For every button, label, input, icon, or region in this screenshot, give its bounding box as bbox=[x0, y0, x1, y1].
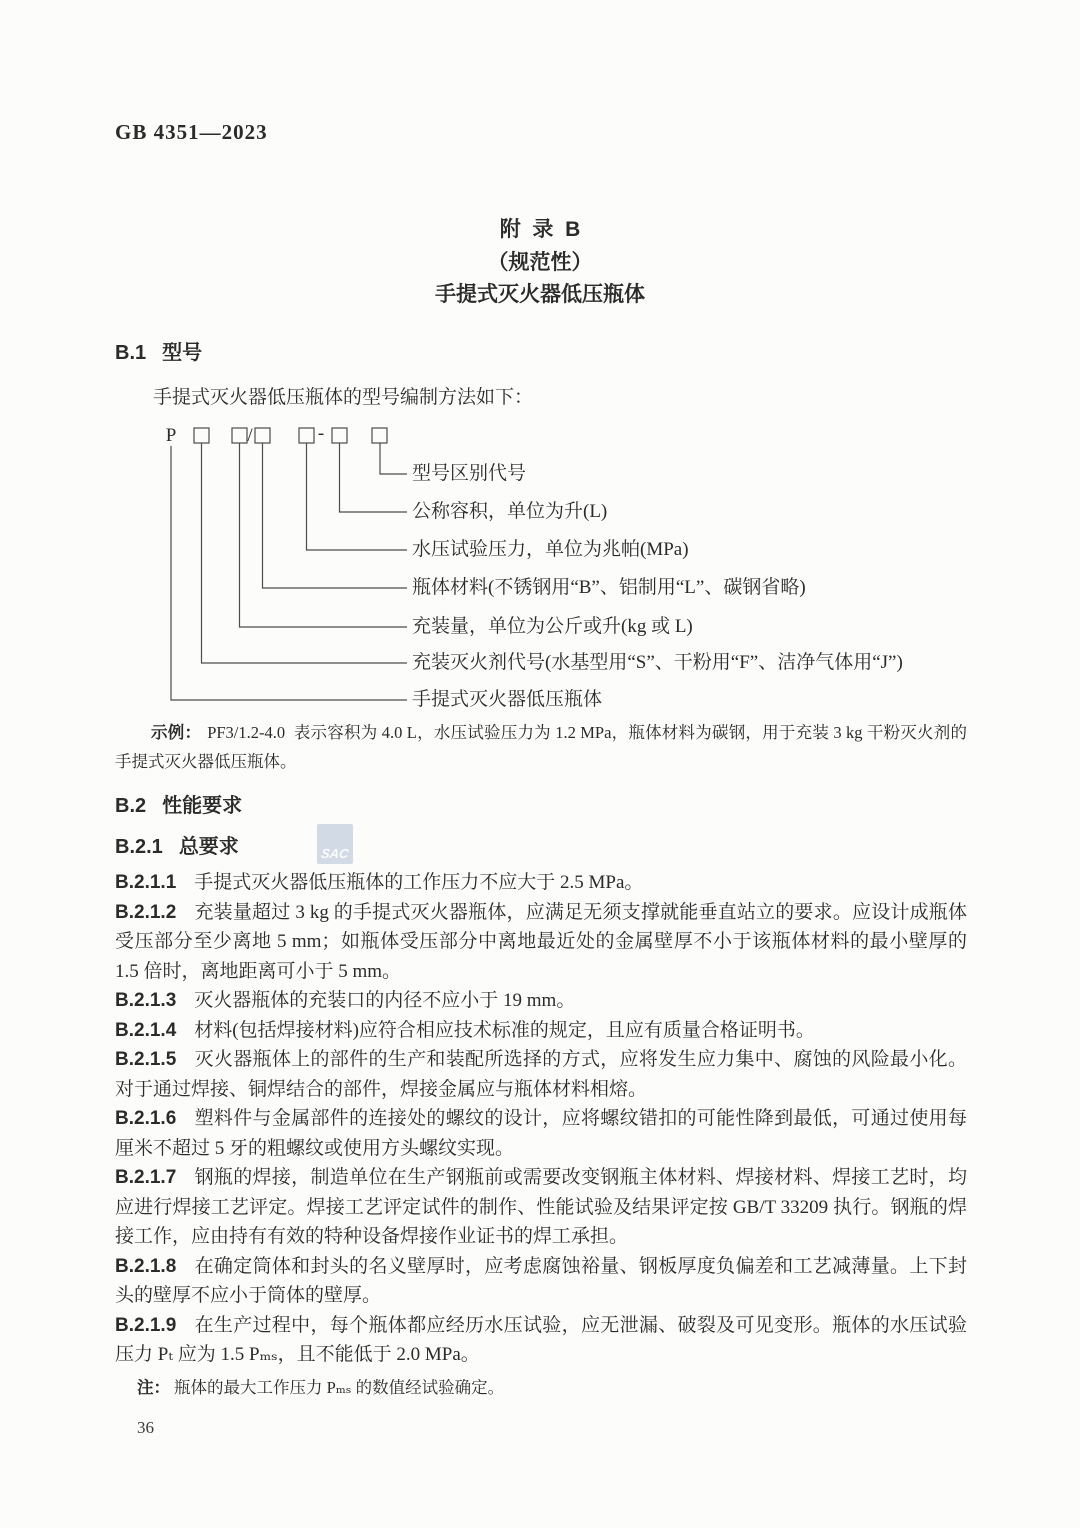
diagram-label-fill-amount: 充装量，单位为公斤或升(kg 或 L) bbox=[412, 614, 693, 640]
connector-test-pressure bbox=[307, 443, 408, 550]
appendix-normative-tag: （规范性） bbox=[0, 247, 1080, 280]
clause-b2-1-9: B.2.1.9在生产过程中，每个瓶体都应经历水压试验，应无泄漏、破裂及可见变形。… bbox=[115, 1311, 967, 1370]
designation-box-material bbox=[255, 428, 270, 443]
standard-code: GB 4351—2023 bbox=[115, 120, 268, 145]
page-number: 36 bbox=[137, 1418, 967, 1438]
clause-b2-1-5: B.2.1.5灭火器瓶体上的部件的生产和装配所选择的方式，应将发生应力集中、腐蚀… bbox=[115, 1045, 967, 1104]
connector-variant-code bbox=[380, 443, 407, 474]
clause-b2-1-8: B.2.1.8在确定筒体和封头的名义壁厚时，应考虑腐蚀裕量、钢板厚度负偏差和工艺… bbox=[115, 1252, 967, 1311]
section-b2-number: B.2 bbox=[115, 795, 146, 817]
clause-b2-1-6: B.2.1.6塑料件与金属部件的连接处的螺纹的设计，应将螺纹错扣的可能性降到最低… bbox=[115, 1104, 967, 1163]
designation-dash: - bbox=[318, 423, 324, 444]
clause-text: 手提式灭火器低压瓶体的工作压力不应大于 2.5 MPa。 bbox=[194, 872, 643, 893]
designation-box-variant-code bbox=[372, 428, 387, 443]
clause-text: 在确定筒体和封头的名义壁厚时，应考虑腐蚀裕量、钢板厚度负偏差和工艺减薄量。上下封… bbox=[115, 1256, 967, 1307]
diagram-label-test-pressure: 水压试验压力，单位为兆帕(MPa) bbox=[412, 537, 689, 563]
diagram-label-agent-code: 充装灭火剂代号(水基型用“S”、干粉用“F”、洁净气体用“J”) bbox=[412, 650, 903, 676]
sac-watermark: SAC bbox=[317, 824, 353, 864]
section-b1-heading: B.1型号 bbox=[115, 336, 202, 365]
note-paragraph: 注：瓶体的最大工作压力 Pₘₛ 的数值经试验确定。 bbox=[115, 1374, 967, 1402]
clause-text: 充装量超过 3 kg 的手提式灭火器瓶体，应满足无须支撑就能垂直站立的要求。应设… bbox=[115, 902, 967, 982]
connector-material bbox=[263, 443, 408, 588]
example-text: PF3/1.2-4.0 表示容积为 4.0 L，水压试验压力为 1.2 MPa，… bbox=[115, 723, 967, 771]
clause-number: B.2.1.3 bbox=[115, 990, 176, 1011]
diagram-label-material: 瓶体材料(不锈钢用“B”、铝制用“L”、碳钢省略) bbox=[412, 575, 806, 601]
example-paragraph: 示例：PF3/1.2-4.0 表示容积为 4.0 L，水压试验压力为 1.2 M… bbox=[115, 719, 967, 775]
clause-text: 灭火器瓶体上的部件的生产和装配所选择的方式，应将发生应力集中、腐蚀的风险最小化。… bbox=[115, 1049, 967, 1100]
section-b1-number: B.1 bbox=[115, 342, 146, 364]
clause-b2-1-3: B.2.1.3灭火器瓶体的充装口的内径不应小于 19 mm。 bbox=[115, 986, 967, 1016]
connector-volume bbox=[340, 443, 408, 512]
model-intro-text: 手提式灭火器低压瓶体的型号编制方法如下： bbox=[153, 382, 533, 409]
section-b1-title: 型号 bbox=[162, 342, 202, 364]
clause-text: 材料(包括焊接材料)应符合相应技术标准的规定，且应有质量合格证明书。 bbox=[194, 1020, 815, 1041]
connector-agent-code bbox=[202, 443, 408, 663]
clause-b2-1-1: B.2.1.1手提式灭火器低压瓶体的工作压力不应大于 2.5 MPa。 bbox=[115, 868, 967, 898]
section-b21-heading: B.2.1总要求 bbox=[115, 830, 239, 859]
appendix-name: 手提式灭火器低压瓶体 bbox=[0, 279, 1080, 312]
designation-slash: / bbox=[247, 425, 253, 446]
clause-number: B.2.1.8 bbox=[115, 1256, 176, 1277]
connector-cylinder bbox=[171, 446, 407, 700]
diagram-label-variant-code: 型号区别代号 bbox=[412, 461, 526, 487]
clause-number: B.2.1.4 bbox=[115, 1020, 176, 1041]
clause-text: 塑料件与金属部件的连接处的螺纹的设计，应将螺纹错扣的可能性降到最低，可通过使用每… bbox=[115, 1108, 967, 1159]
designation-box-fill-amount bbox=[232, 428, 247, 443]
clause-b2-1-2: B.2.1.2充装量超过 3 kg 的手提式灭火器瓶体，应满足无须支撑就能垂直站… bbox=[115, 898, 967, 987]
clause-number: B.2.1.6 bbox=[115, 1108, 176, 1129]
clauses-block: B.2.1.1手提式灭火器低压瓶体的工作压力不应大于 2.5 MPa。 B.2.… bbox=[115, 868, 967, 1438]
clause-number: B.2.1.1 bbox=[115, 872, 176, 893]
appendix-title: 附 录 B bbox=[0, 214, 1080, 247]
clause-number: B.2.1.5 bbox=[115, 1049, 176, 1070]
clause-text: 钢瓶的焊接，制造单位在生产钢瓶前或需要改变钢瓶主体材料、焊接材料、焊接工艺时，均… bbox=[115, 1167, 967, 1247]
note-label: 注： bbox=[137, 1379, 170, 1397]
clause-b2-1-4: B.2.1.4材料(包括焊接材料)应符合相应技术标准的规定，且应有质量合格证明书… bbox=[115, 1016, 967, 1046]
diagram-label-cylinder: 手提式灭火器低压瓶体 bbox=[412, 687, 602, 713]
diagram-label-volume: 公称容积，单位为升(L) bbox=[412, 499, 607, 525]
appendix-title-block: 附 录 B （规范性） 手提式灭火器低压瓶体 bbox=[0, 214, 1080, 312]
note-text: 瓶体的最大工作压力 Pₘₛ 的数值经试验确定。 bbox=[174, 1378, 504, 1397]
example-label: 示例： bbox=[151, 724, 201, 742]
clause-text: 在生产过程中，每个瓶体都应经历水压试验，应无泄漏、破裂及可见变形。瓶体的水压试验… bbox=[115, 1315, 967, 1366]
section-b21-title: 总要求 bbox=[179, 836, 239, 858]
designation-box-test-pressure bbox=[299, 428, 314, 443]
clause-number: B.2.1.9 bbox=[115, 1315, 176, 1336]
connector-fill-amount bbox=[240, 443, 408, 627]
clause-text: 灭火器瓶体的充装口的内径不应小于 19 mm。 bbox=[194, 990, 575, 1011]
section-b21-number: B.2.1 bbox=[115, 836, 163, 858]
clause-number: B.2.1.7 bbox=[115, 1167, 176, 1188]
clause-number: B.2.1.2 bbox=[115, 902, 176, 923]
section-b2-title: 性能要求 bbox=[162, 795, 242, 817]
model-designation-diagram: P / - 型号区别代号 公称容积，单位为升(L) 水压试验压力，单位为兆帕(M… bbox=[115, 420, 975, 720]
clause-b2-1-7: B.2.1.7钢瓶的焊接，制造单位在生产钢瓶前或需要改变钢瓶主体材料、焊接材料、… bbox=[115, 1163, 967, 1252]
section-b2-heading: B.2性能要求 bbox=[115, 789, 242, 818]
designation-prefix: P bbox=[166, 425, 177, 446]
document-page: GB 4351—2023 附 录 B （规范性） 手提式灭火器低压瓶体 B.1型… bbox=[0, 0, 1080, 1528]
designation-box-agent-code bbox=[194, 428, 209, 443]
designation-box-volume bbox=[332, 428, 347, 443]
